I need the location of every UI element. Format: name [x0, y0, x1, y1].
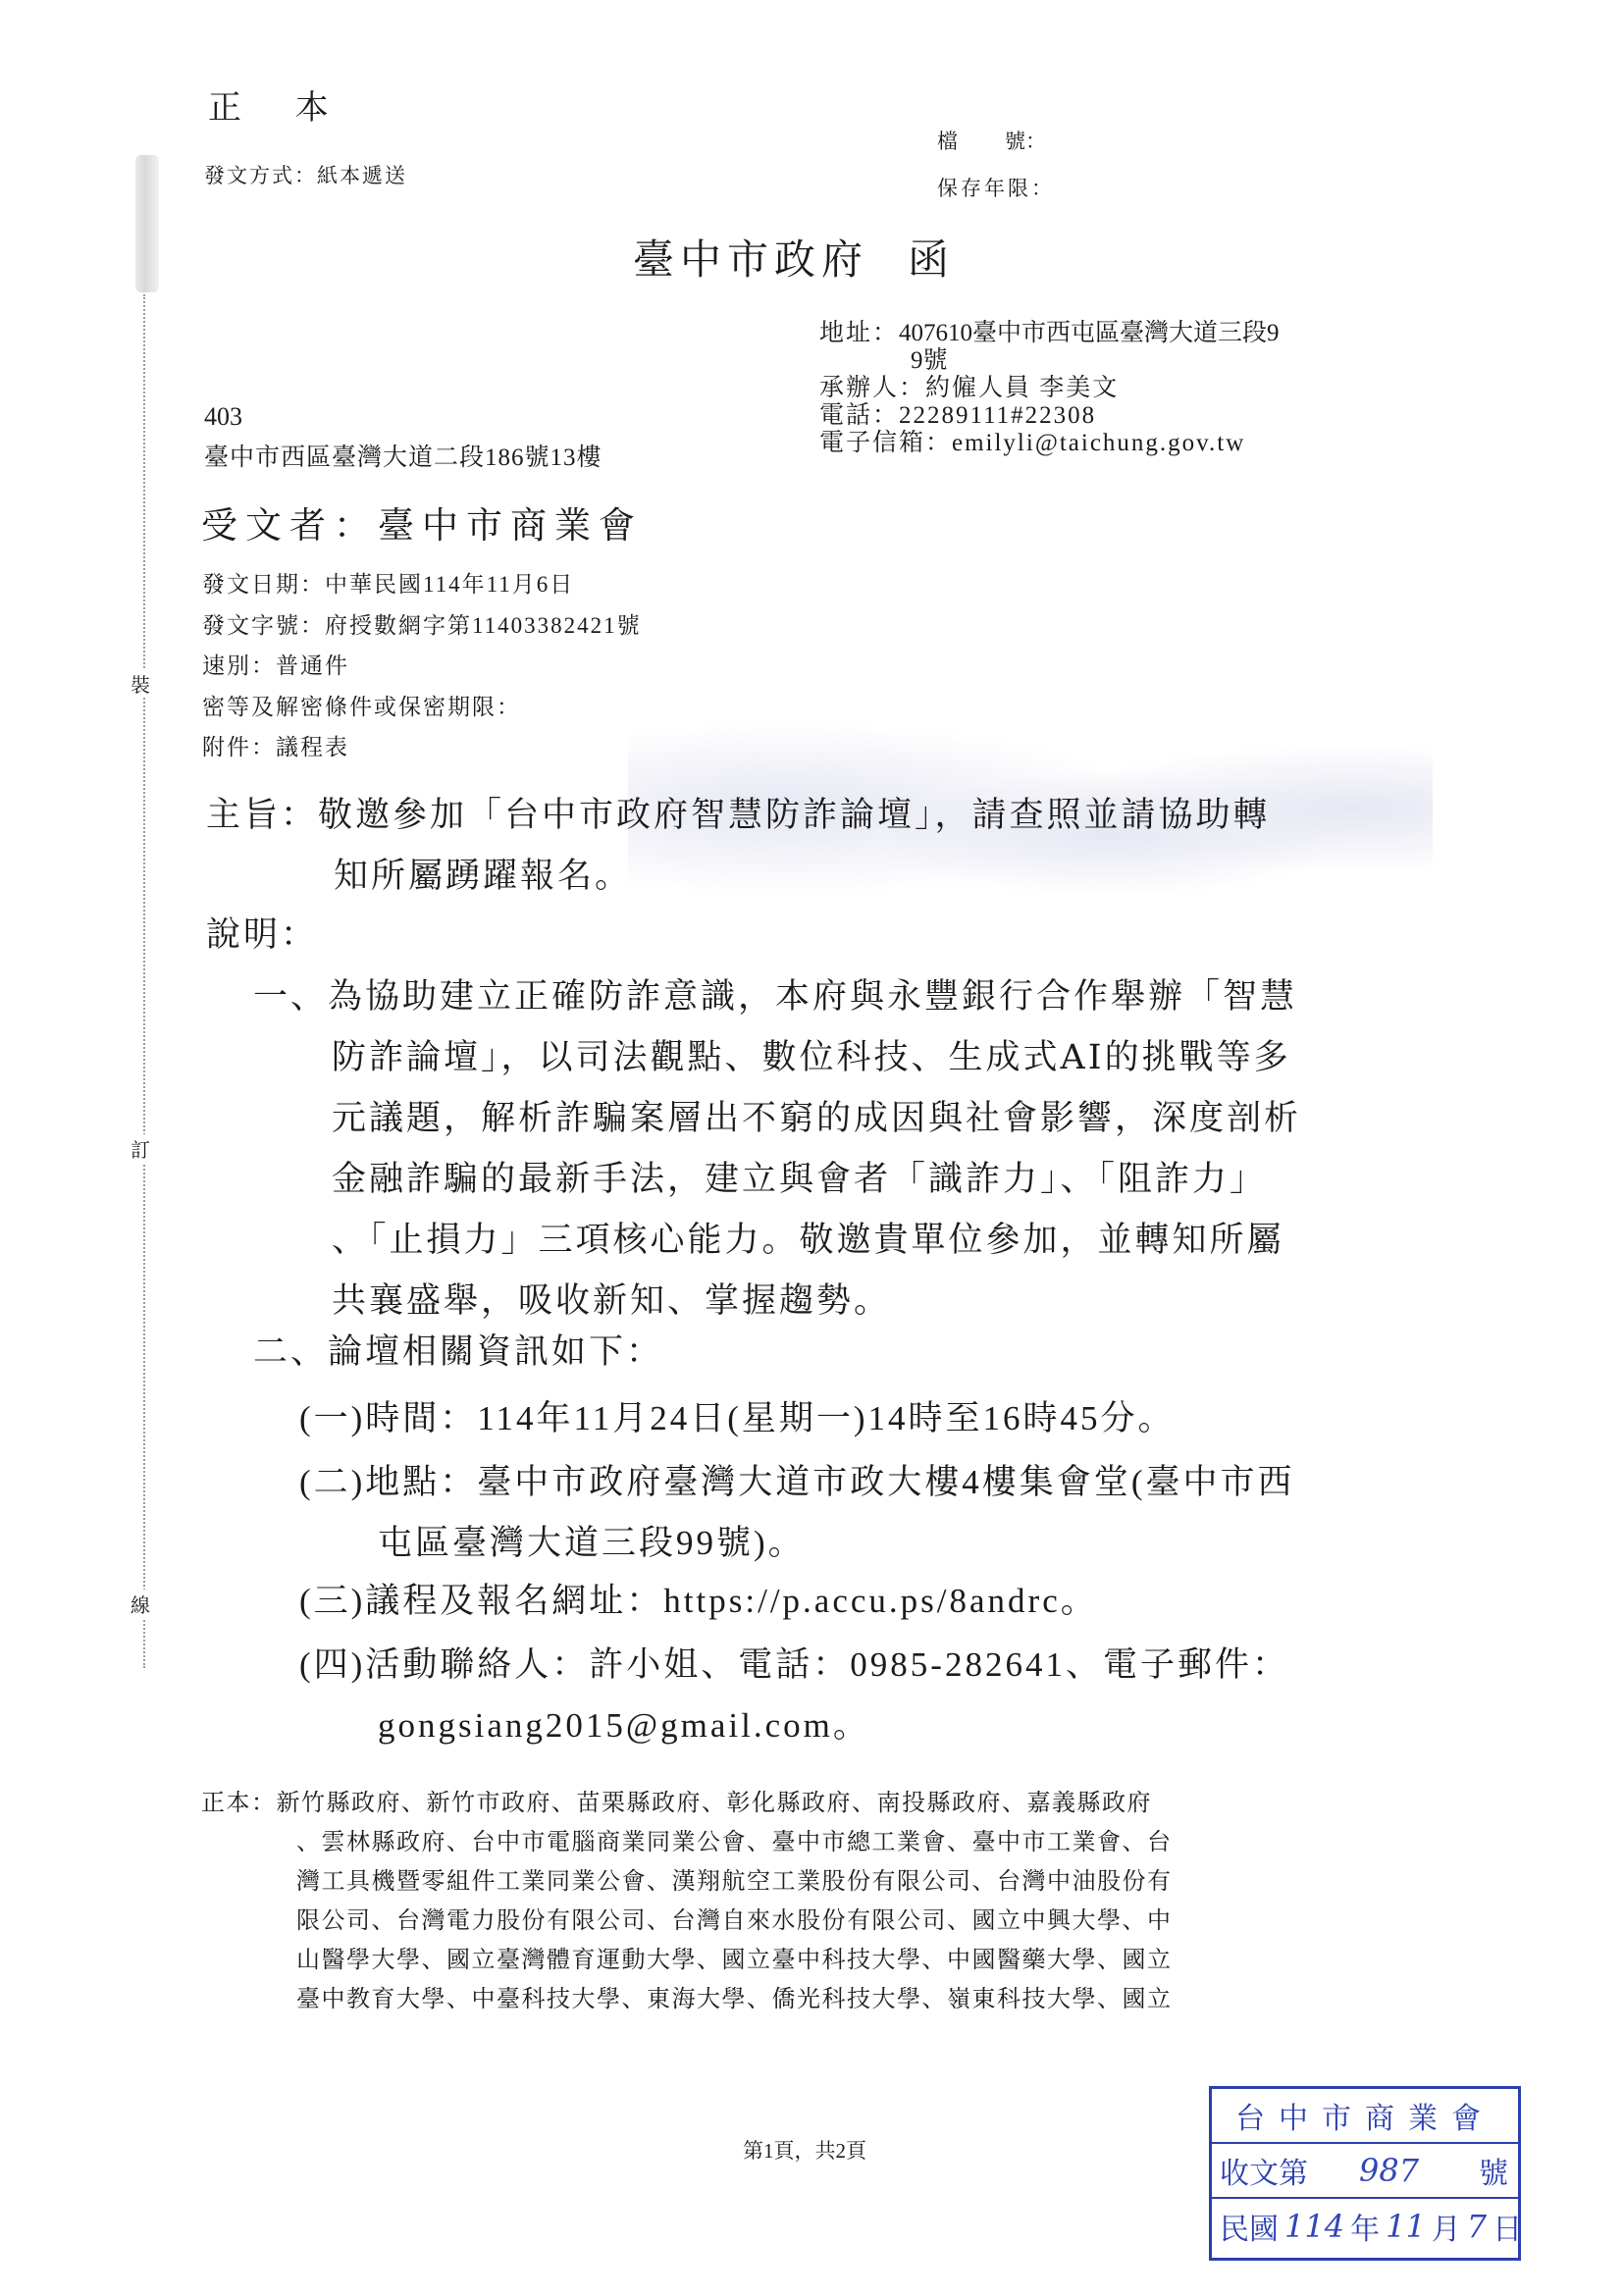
- forum-location: (二)地點：臺中市政府臺灣大道市政大樓4樓集會堂(臺中市西 屯區臺灣大道三段99…: [299, 1452, 1294, 1574]
- punch-hole-shadow: [135, 155, 159, 292]
- file-number-label-a: 檔: [937, 130, 1005, 153]
- subject-line-1: 主旨：敬邀參加「台中市政府智慧防詐論壇」，請查照並請協助轉: [206, 785, 1271, 846]
- stamp-day-label: 日: [1492, 2205, 1522, 2248]
- document-title: 臺中市政府函: [633, 228, 955, 287]
- item1-line: 、「止損力」三項核心能力。敬邀貴單位參加，並轉知所屬: [253, 1210, 1301, 1271]
- handler: 承辦人：約僱人員 李美文: [819, 375, 1280, 402]
- address-label: 地址：: [819, 320, 899, 347]
- page-number: 第1頁，共2頁: [743, 2135, 866, 2165]
- stamp-org: 台中市商業會: [1212, 2089, 1518, 2144]
- distribution-line: 限公司、台灣電力股份有限公司、台灣自來水股份有限公司、國立中興大學、中: [201, 1902, 1173, 1941]
- item1-line: 共襄盛舉，吸收新知、掌握趨勢。: [253, 1271, 1301, 1331]
- explanation-label: 說明：: [206, 908, 318, 957]
- stamp-year: 114: [1284, 2208, 1344, 2245]
- sender-phone: 電話：22289111#22308: [819, 402, 1280, 430]
- file-number-label-b: 號：: [1005, 130, 1046, 153]
- item1-line: 元議題，解析詐騙案層出不窮的成因與社會影響，深度剖析: [253, 1088, 1301, 1149]
- document-number: 發文字號：府授數網字第11403382421號: [202, 605, 642, 647]
- issuer-name: 臺中市政府: [633, 235, 868, 284]
- explanation-item-2: 二、論壇相關資訊如下：: [253, 1325, 663, 1374]
- stamp-receipt-number-row: 收文第 987 號: [1212, 2144, 1518, 2199]
- attachment: 附件：議程表: [202, 727, 642, 768]
- sender-address-line2: 9號: [819, 347, 1280, 375]
- retention-period-label: 保存年限：: [937, 173, 1055, 202]
- sender-email: 電子信箱：emilyli@taichung.gov.tw: [819, 430, 1280, 457]
- issue-date: 發文日期：中華民國114年11月6日: [202, 564, 642, 605]
- stamp-receipt-number: 987: [1359, 2152, 1419, 2189]
- forum-contact: (四)活動聯絡人：許小姐、電話：0985-282641、電子郵件： gongsi…: [299, 1635, 1289, 1756]
- item1-line: 防詐論壇」，以司法觀點、數位科技、生成式AI的挑戰等多: [253, 1027, 1301, 1088]
- forum-time: (一)時間：114年11月24日(星期一)14時至16時45分。: [299, 1391, 1176, 1440]
- document-meta: 發文日期：中華民國114年11月6日 發文字號：府授數網字第1140338242…: [202, 564, 642, 768]
- forum-location-line-2: 屯區臺灣大道三段99號)。: [299, 1513, 1294, 1574]
- distribution-line: 灣工具機暨零組件工業同業公會、漢翔航空工業股份有限公司、台灣中油股份有: [201, 1862, 1173, 1902]
- secrecy-level: 密等及解密條件或保密期限：: [202, 687, 642, 728]
- send-method: 發文方式：紙本遞送: [204, 160, 407, 189]
- binding-char-zhuang: 裝: [131, 669, 150, 698]
- item1-line: 金融詐騙的最新手法，建立與會者「識詐力」、「阻詐力」: [253, 1149, 1301, 1210]
- original-copy-mark: 正 本: [208, 80, 350, 129]
- distribution-line: 、雲林縣政府、台中市電腦商業同業公會、臺中市總工業會、臺中市工業會、台: [201, 1823, 1173, 1862]
- document-type: 函: [908, 235, 955, 284]
- forum-contact-email[interactable]: gongsiang2015@gmail.com。: [299, 1696, 1289, 1756]
- receiver-zip: 403: [204, 402, 242, 432]
- receipt-stamp: 台中市商業會 收文第 987 號 民國 114 年 11 月 7 日: [1209, 2086, 1521, 2261]
- stamp-month: 11: [1386, 2208, 1426, 2245]
- urgency: 速別：普通件: [202, 646, 642, 687]
- receiver-address: 臺中市西區臺灣大道二段186號13樓: [204, 438, 602, 473]
- binding-char-ding: 訂: [131, 1134, 150, 1163]
- registration-url[interactable]: (三)議程及報名網址：https://p.accu.ps/8andrc。: [299, 1574, 1098, 1623]
- sender-info: 地址：407610臺中市西屯區臺灣大道三段9 9號 承辦人：約僱人員 李美文 電…: [819, 320, 1280, 457]
- recipient: 受文者：臺中市商業會: [201, 496, 643, 548]
- stamp-date-prefix: 民國: [1220, 2205, 1279, 2248]
- explanation-item-1: 一、為協助建立正確防詐意識，本府與永豐銀行合作舉辦「智慧 防詐論壇」，以司法觀點…: [253, 966, 1301, 1331]
- distribution-line: 山醫學大學、國立臺灣體育運動大學、國立臺中科技大學、中國醫藥大學、國立: [201, 1941, 1173, 1980]
- subject: 主旨：敬邀參加「台中市政府智慧防詐論壇」，請查照並請協助轉 知所屬踴躍報名。: [206, 785, 1271, 907]
- forum-location-line-1: (二)地點：臺中市政府臺灣大道市政大樓4樓集會堂(臺中市西: [299, 1452, 1294, 1513]
- stamp-month-label: 月: [1432, 2205, 1461, 2248]
- item1-line: 一、為協助建立正確防詐意識，本府與永豐銀行合作舉辦「智慧: [253, 966, 1301, 1027]
- distribution-list: 正本：新竹縣政府、新竹市政府、苗栗縣政府、彰化縣政府、南投縣政府、嘉義縣政府 、…: [201, 1784, 1173, 2019]
- file-number-label: 檔號：: [937, 126, 1046, 155]
- distribution-line: 臺中教育大學、中臺科技大學、東海大學、僑光科技大學、嶺東科技大學、國立: [201, 1980, 1173, 2019]
- forum-contact-line-1: (四)活動聯絡人：許小姐、電話：0985-282641、電子郵件：: [299, 1635, 1289, 1696]
- binding-char-xian: 線: [131, 1590, 150, 1618]
- stamp-day: 7: [1467, 2208, 1487, 2245]
- stamp-year-label: 年: [1350, 2205, 1380, 2248]
- stamp-date-row: 民國 114 年 11 月 7 日: [1212, 2199, 1518, 2254]
- stamp-receipt-label: 收文第: [1220, 2149, 1308, 2192]
- sender-address-line1: 407610臺中市西屯區臺灣大道三段9: [899, 320, 1280, 347]
- stamp-receipt-suffix: 號: [1479, 2149, 1508, 2192]
- subject-line-2: 知所屬踴躍報名。: [206, 846, 1271, 907]
- binding-dotted-line: [143, 294, 145, 1668]
- distribution-line: 正本：新竹縣政府、新竹市政府、苗栗縣政府、彰化縣政府、南投縣政府、嘉義縣政府: [201, 1784, 1173, 1823]
